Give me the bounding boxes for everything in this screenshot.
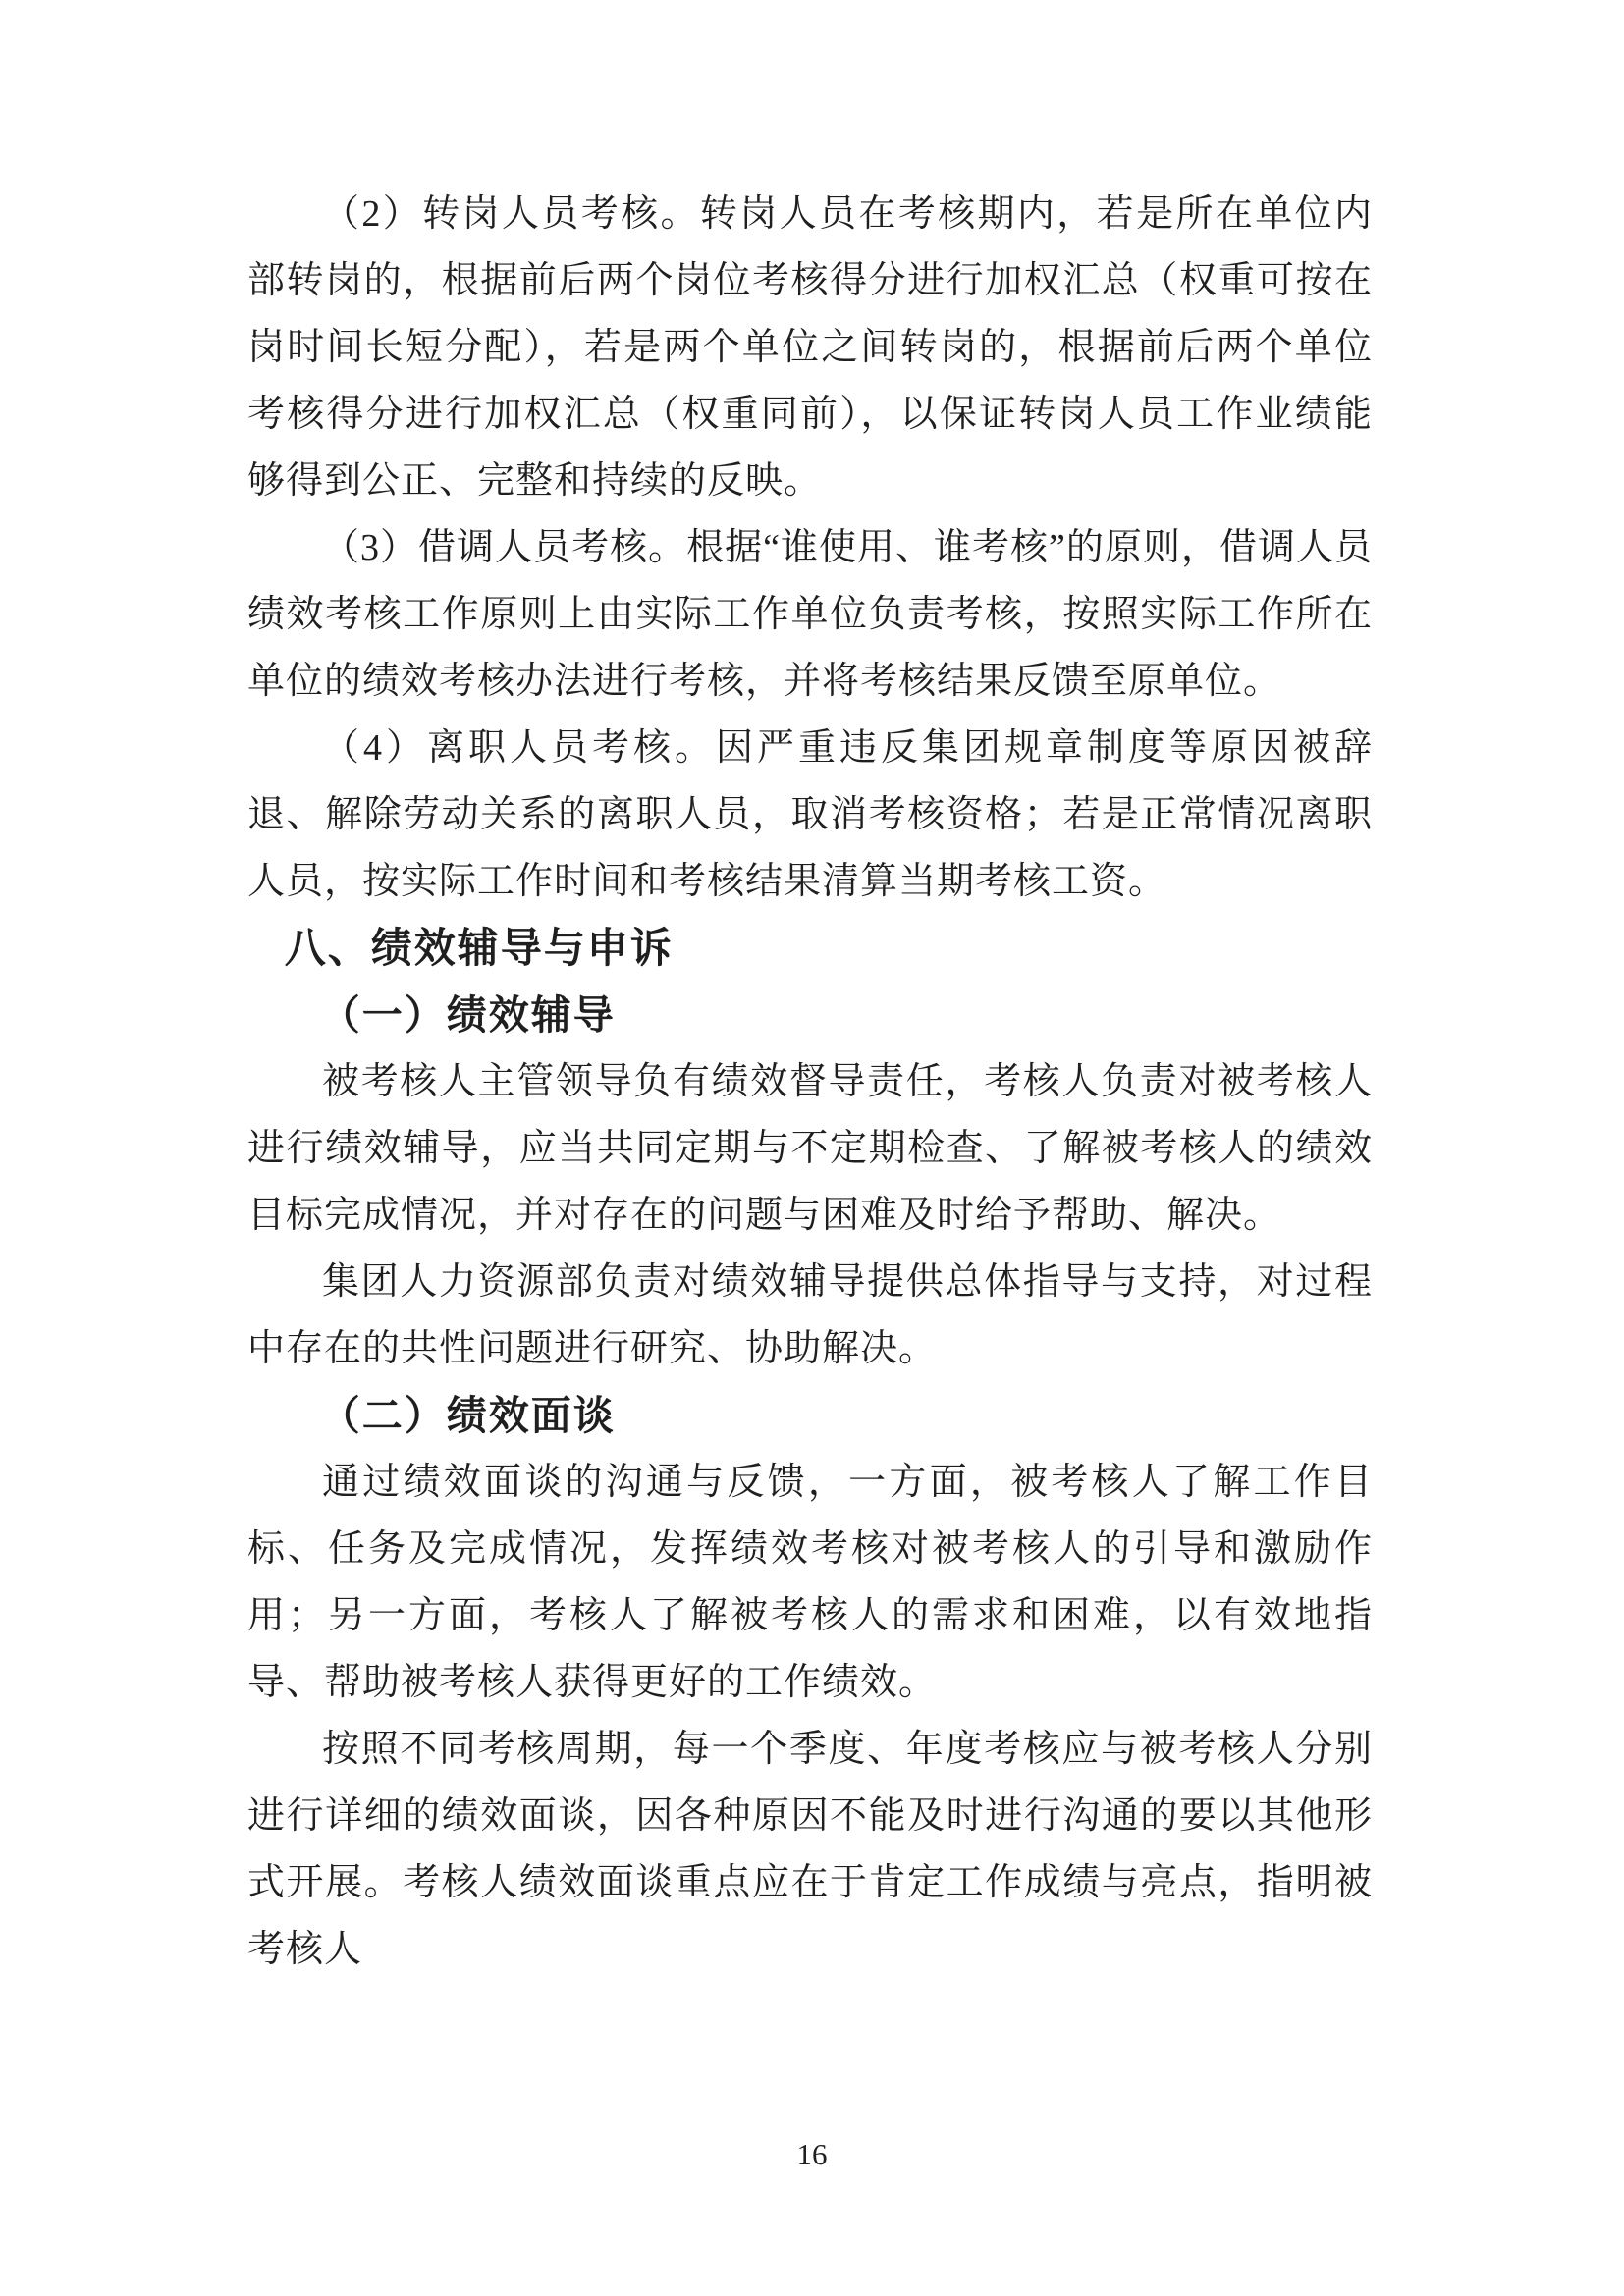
paragraph-interview-schedule: 按照不同考核周期，每一个季度、年度考核应与被考核人分别进行详细的绩效面谈，因各种… <box>247 1716 1373 1983</box>
paragraph-hr-department-support: 集团人力资源部负责对绩效辅导提供总体指导与支持，对过程中存在的共性问题进行研究、… <box>247 1249 1373 1382</box>
paragraph-departing-staff-assessment: （4）离职人员考核。因严重违反集团规章制度等原因被辞退、解除劳动关系的离职人员，… <box>247 715 1373 915</box>
paragraph-interview-purpose: 通过绩效面谈的沟通与反馈，一方面，被考核人了解工作目标、任务及完成情况，发挥绩效… <box>247 1449 1373 1716</box>
paragraph-coaching-responsibility: 被考核人主管领导负有绩效督导责任，考核人负责对被考核人进行绩效辅导，应当共同定期… <box>247 1048 1373 1249</box>
document-page: （2）转岗人员考核。转岗人员在考核期内，若是所在单位内部转岗的，根据前后两个岗位… <box>0 0 1624 2296</box>
paragraph-transfer-staff-assessment: （2）转岗人员考核。转岗人员在考核期内，若是所在单位内部转岗的，根据前后两个岗位… <box>247 181 1373 514</box>
document-body: （2）转岗人员考核。转岗人员在考核期内，若是所在单位内部转岗的，根据前后两个岗位… <box>247 181 1373 1983</box>
page-number: 16 <box>0 2135 1624 2174</box>
subsection-heading-performance-interview: （二）绩效面谈 <box>247 1382 1373 1449</box>
section-heading-performance-coaching-and-appeal: 八、绩效辅导与申诉 <box>247 915 1373 982</box>
paragraph-seconded-staff-assessment: （3）借调人员考核。根据“谁使用、谁考核”的原则，借调人员绩效考核工作原则上由实… <box>247 514 1373 715</box>
subsection-heading-performance-coaching: （一）绩效辅导 <box>247 982 1373 1048</box>
